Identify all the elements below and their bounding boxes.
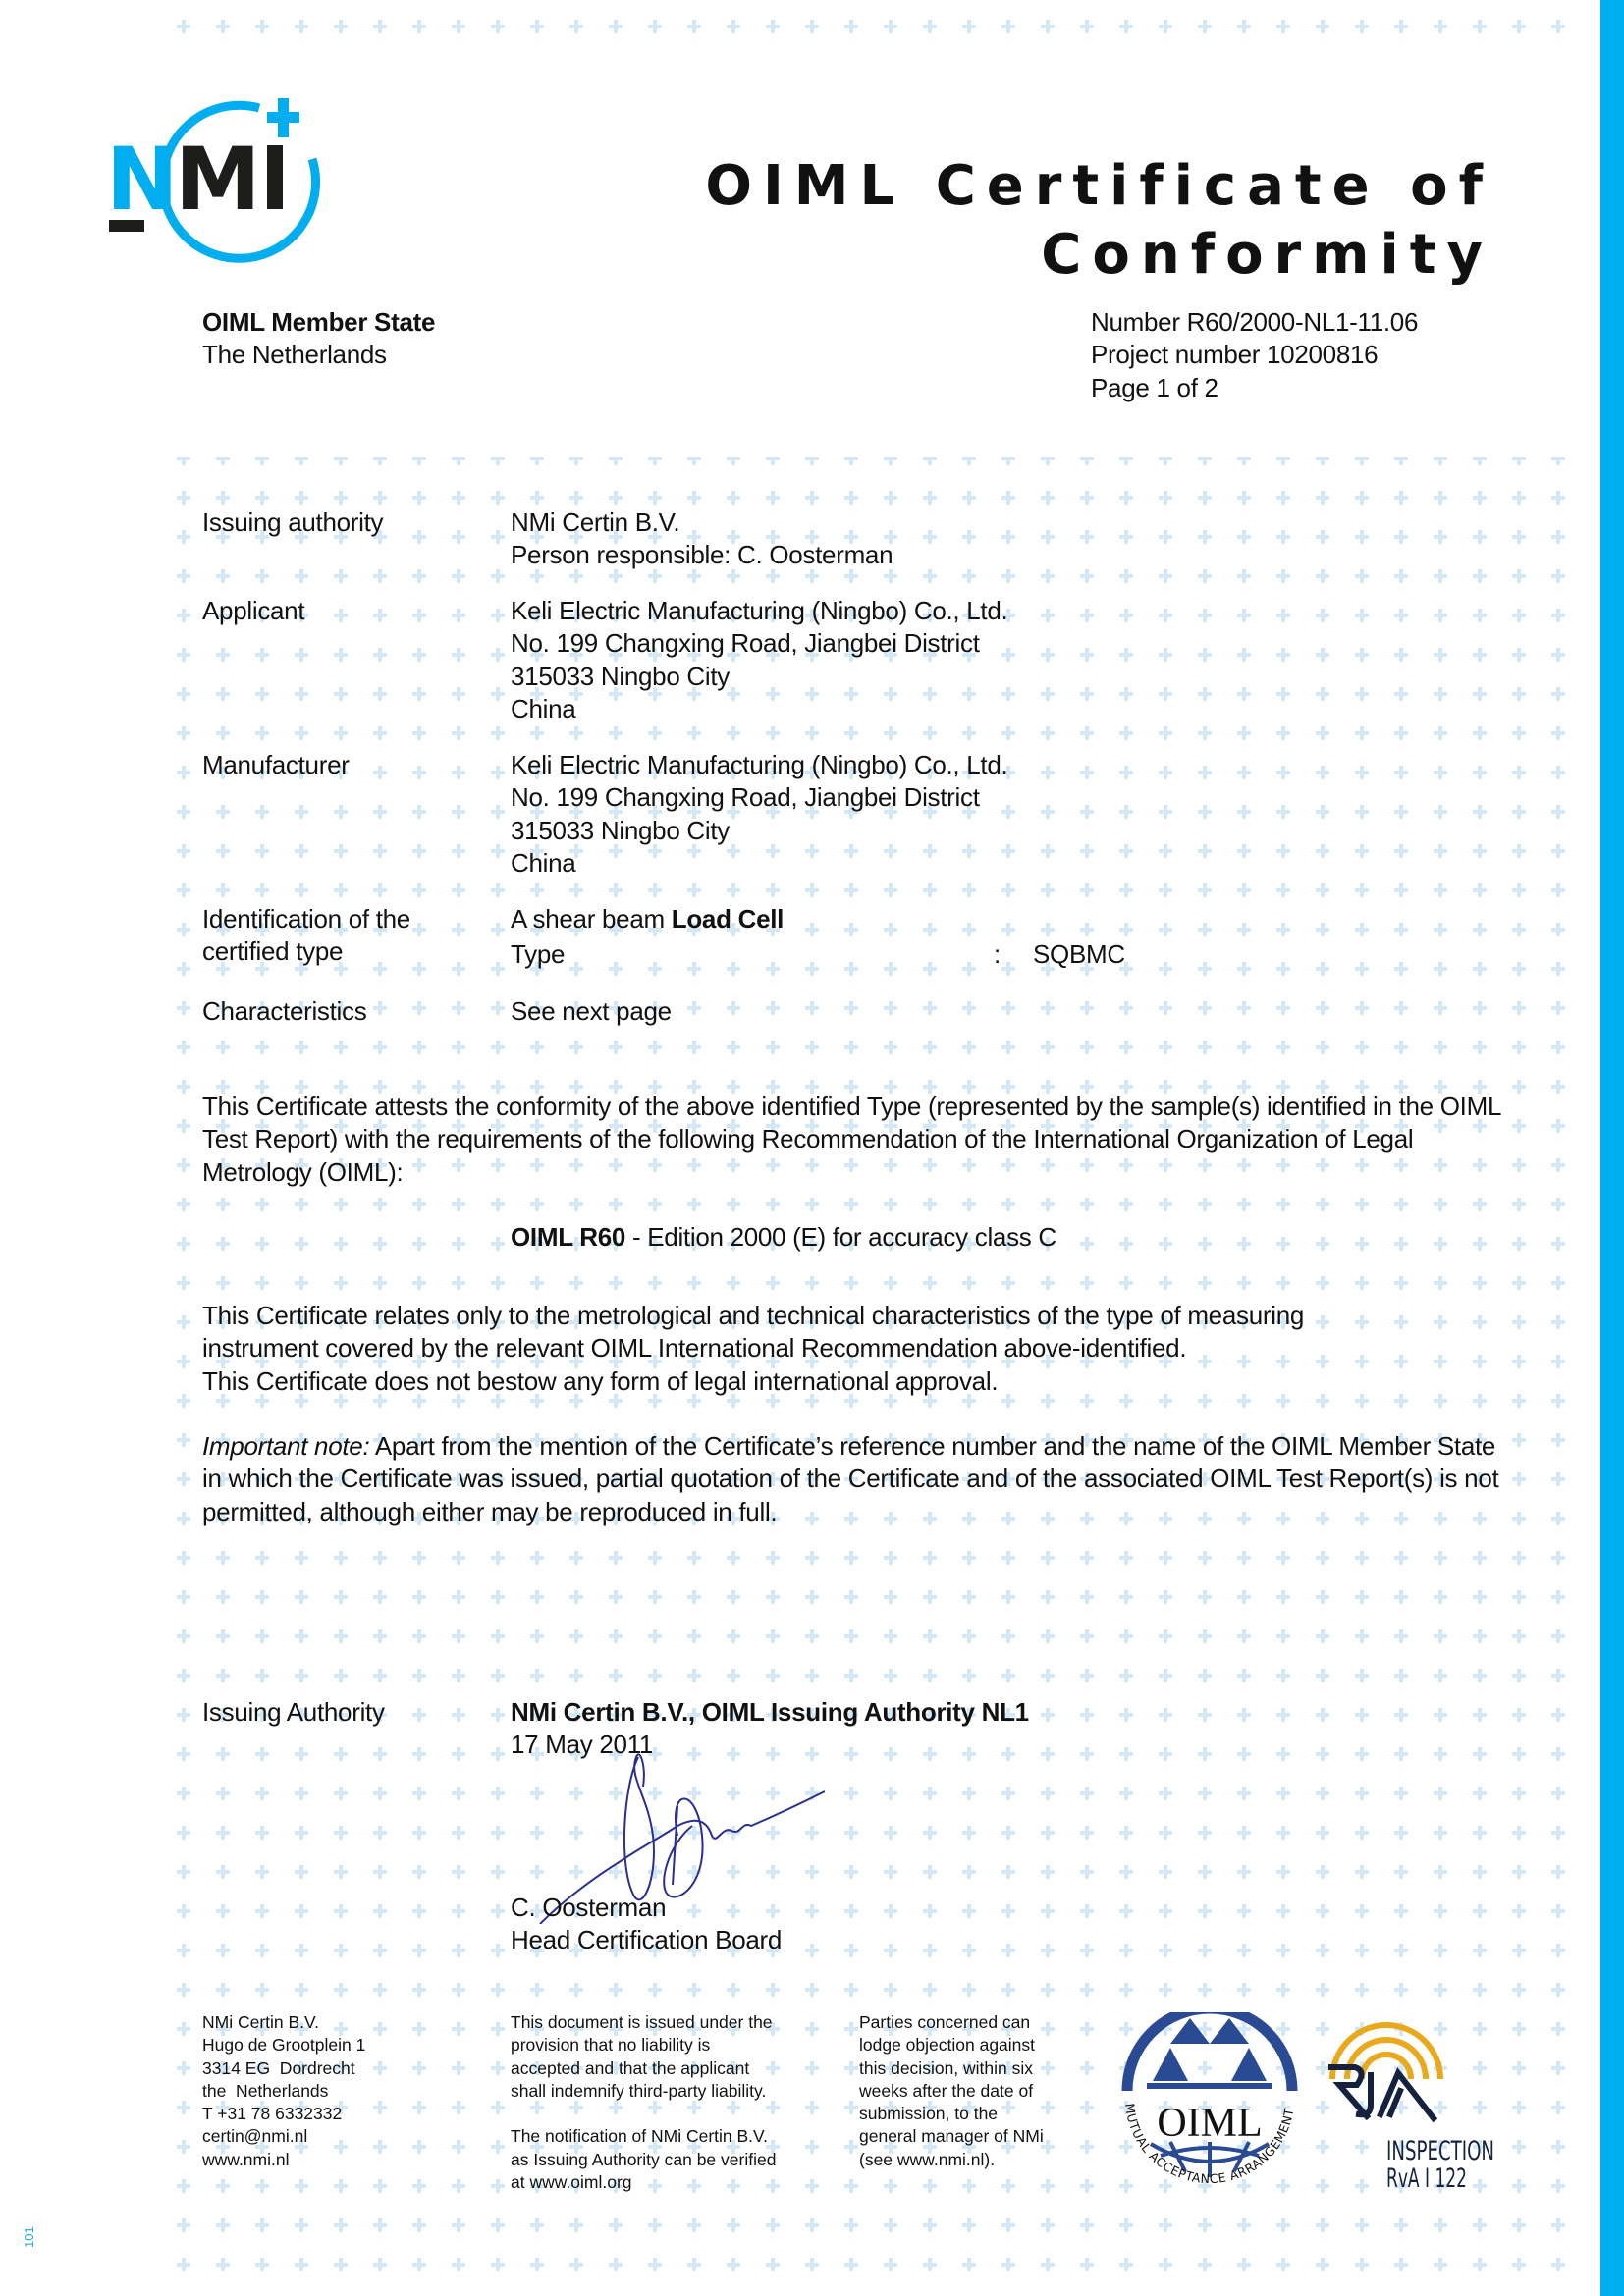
issuing-authority-line: Person responsible: C. Oosterman [511, 539, 893, 571]
type-separator: : [994, 938, 1001, 971]
page-title: OIML Certificate of Conformity [705, 152, 1493, 290]
applicant-label: Applicant [202, 595, 304, 627]
footer-address-line: NMi Certin B.V. [202, 2011, 365, 2034]
footer-liability-line: shall indemnify third-party liability. [511, 2080, 776, 2103]
scope-line: This Certificate relates only to the met… [202, 1300, 1304, 1332]
footer-website-link[interactable]: www.nmi.nl [202, 2149, 365, 2171]
footer-objection-line: this decision, within six [859, 2057, 1044, 2080]
logo-letter-m: M [175, 129, 261, 230]
signatory-role: Head Certification Board [511, 1924, 782, 1956]
footer-email-link[interactable]: certin@nmi.nl [202, 2125, 365, 2148]
footer-objection-line: general manager of NMi [859, 2125, 1044, 2148]
signature-label: Issuing Authority [202, 1696, 385, 1729]
footer-notification-line: as Issuing Authority can be verified [511, 2149, 776, 2171]
issuing-authority-value: NMi Certin B.V. Person responsible: C. O… [511, 507, 893, 572]
recommendation-detail: - Edition 2000 (E) for accuracy class C [625, 1222, 1056, 1252]
signature-authority: NMi Certin B.V., OIML Issuing Authority … [511, 1696, 1029, 1729]
identification-desc-bold: Load Cell [672, 904, 784, 934]
applicant-line: 315033 Ningbo City [511, 661, 1007, 693]
footer-address: NMi Certin B.V. Hugo de Grootplein 1 331… [202, 2011, 365, 2171]
signatory-block: C. Oosterman Head Certification Board [511, 1892, 782, 1957]
certificate-number: Number R60/2000-NL1-11.06 [1091, 306, 1418, 339]
logo-letter-n: N [106, 129, 179, 230]
rva-inspection-text: INSPECTION [1386, 2136, 1494, 2166]
issuing-authority-line: NMi Certin B.V. [511, 507, 893, 539]
manufacturer-line: No. 199 Changxing Road, Jiangbei Distric… [511, 781, 1007, 814]
recommendation-code: OIML R60 [511, 1222, 625, 1252]
footer-address-line: 3314 EG Dordrecht [202, 2057, 365, 2080]
footer-liability-line: This document is issued under the [511, 2011, 776, 2034]
identification-label-line: Identification of the [202, 903, 410, 935]
page-code: 101 [22, 2226, 36, 2248]
applicant-line: Keli Electric Manufacturing (Ningbo) Co.… [511, 595, 1007, 627]
manufacturer-value: Keli Electric Manufacturing (Ningbo) Co.… [511, 749, 1007, 881]
important-note: Important note: Apart from the mention o… [202, 1430, 1518, 1528]
identification-description: A shear beam Load Cell [511, 903, 784, 935]
recommendation: OIML R60 - Edition 2000 (E) for accuracy… [511, 1221, 1056, 1254]
characteristics-value: See next page [511, 995, 672, 1028]
manufacturer-line: Keli Electric Manufacturing (Ningbo) Co.… [511, 749, 1007, 781]
footer-liability-line: accepted and that the applicant [511, 2057, 776, 2080]
applicant-line: No. 199 Changxing Road, Jiangbei Distric… [511, 627, 1007, 660]
title-line-1: OIML Certificate of [705, 152, 1493, 221]
title-line-2: Conformity [705, 221, 1493, 290]
type-label: Type [511, 938, 565, 971]
certificate-meta: Number R60/2000-NL1-11.06 Project number… [1091, 306, 1418, 404]
issuing-authority-label: Issuing authority [202, 507, 383, 539]
identification-label: Identification of the certified type [202, 903, 410, 969]
signatory-name: C. Oosterman [511, 1892, 782, 1924]
identification-label-line: certified type [202, 935, 410, 968]
footer-notification-line: The notification of NMi Certin B.V. [511, 2125, 776, 2148]
characteristics-label: Characteristics [202, 995, 366, 1028]
footer-liability: This document is issued under the provis… [511, 2011, 776, 2194]
oiml-maa-logo: OIML MUTUAL ACCEPTANCE ARRANGEMENT [1111, 2012, 1308, 2194]
page-indicator: Page 1 of 2 [1091, 372, 1418, 404]
member-state-block: OIML Member State The Netherlands [202, 306, 435, 372]
footer-objection: Parties concerned can lodge objection ag… [859, 2011, 1044, 2171]
nmi-logo: N M [98, 80, 324, 277]
rva-accreditation-number: RvA I 122 [1386, 2163, 1467, 2187]
identification-desc-prefix: A shear beam [511, 904, 672, 934]
applicant-value: Keli Electric Manufacturing (Ningbo) Co.… [511, 595, 1007, 726]
accent-sidebar-bar [1600, 0, 1624, 2296]
footer-objection-line: (see www.nmi.nl). [859, 2149, 1044, 2171]
conformity-statement: This Certificate attests the conformity … [202, 1091, 1518, 1189]
footer-liability-line: provision that no liability is [511, 2034, 776, 2056]
manufacturer-line: 315033 Ningbo City [511, 815, 1007, 847]
footer-phone: T +31 78 6332332 [202, 2103, 365, 2125]
oiml-logo-text: OIML [1157, 2101, 1262, 2146]
important-note-label: Important note: [202, 1431, 369, 1461]
scope-line: instrument covered by the relevant OIML … [202, 1332, 1304, 1364]
footer-address-line: Hugo de Grootplein 1 [202, 2034, 365, 2056]
scope-statement: This Certificate relates only to the met… [202, 1300, 1304, 1398]
manufacturer-line: China [511, 847, 1007, 880]
rva-inspection-logo: INSPECTION RvA I 122 [1327, 2020, 1504, 2187]
footer-objection-line: Parties concerned can [859, 2011, 1044, 2034]
scope-line: This Certificate does not bestow any for… [202, 1365, 1304, 1398]
important-note-text: Apart from the mention of the Certificat… [202, 1431, 1498, 1526]
footer-address-line: the Netherlands [202, 2080, 365, 2103]
member-state-label: OIML Member State [202, 306, 435, 339]
footer-objection-line: lodge objection against [859, 2034, 1044, 2056]
member-state-value: The Netherlands [202, 339, 435, 371]
footer-notification-link[interactable]: at www.oiml.org [511, 2171, 776, 2194]
type-value: SQBMC [1033, 938, 1125, 971]
project-number: Project number 10200816 [1091, 339, 1418, 371]
applicant-line: China [511, 693, 1007, 725]
footer-objection-line: submission, to the [859, 2103, 1044, 2125]
manufacturer-label: Manufacturer [202, 749, 350, 781]
footer-objection-line: weeks after the date of [859, 2080, 1044, 2103]
